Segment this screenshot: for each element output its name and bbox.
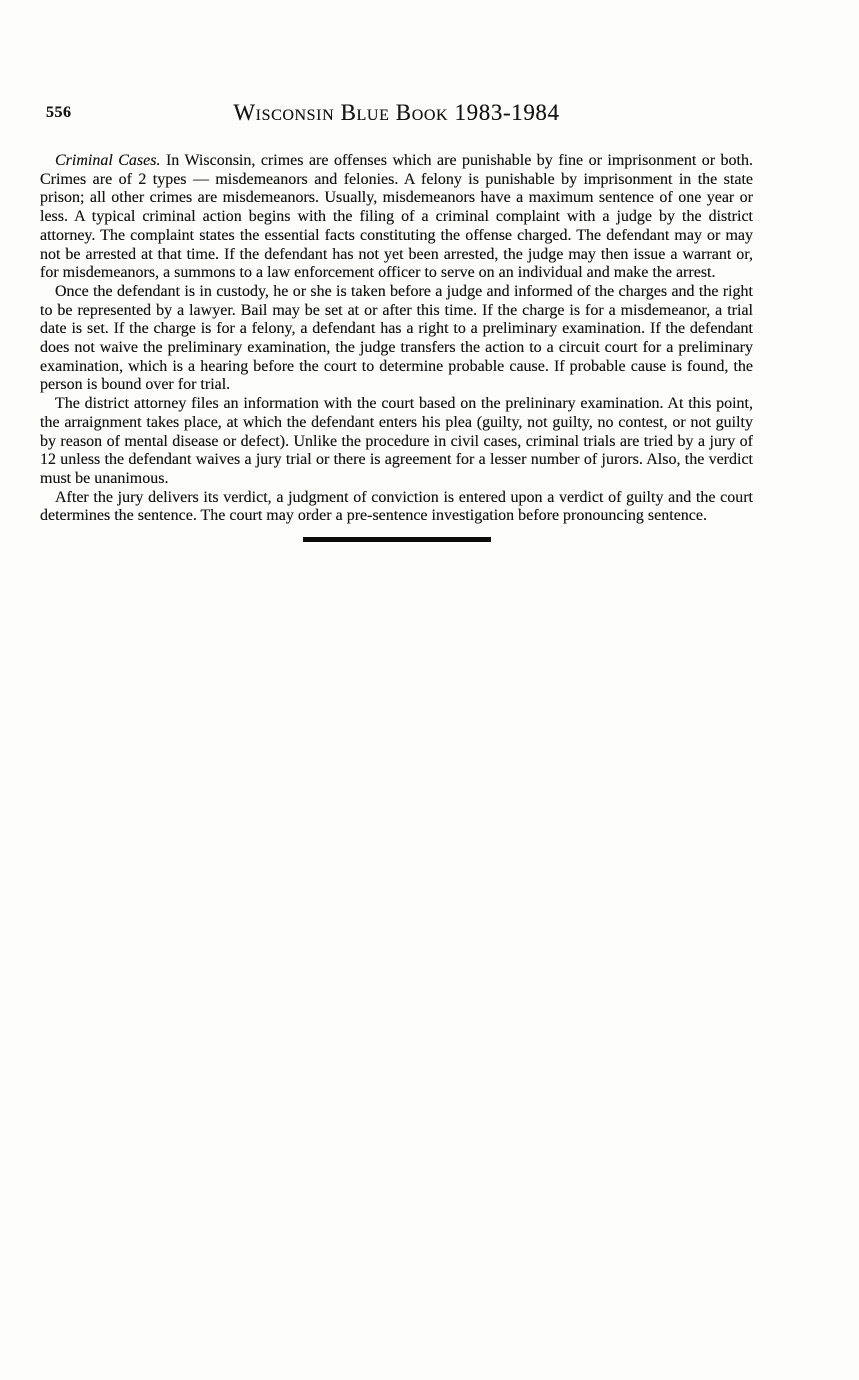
page-header: 556 Wisconsin Blue Book 1983-1984 [40, 100, 753, 130]
paragraph-text: After the jury delivers its verdict, a j… [40, 489, 753, 525]
paragraph: After the jury delivers its verdict, a j… [40, 489, 753, 526]
section-divider-rule [303, 537, 491, 542]
paragraph-text: In Wisconsin, crimes are offenses which … [40, 152, 753, 281]
page-title: Wisconsin Blue Book 1983-1984 [40, 100, 753, 126]
paragraph-text: Once the defendant is in custody, he or … [40, 283, 753, 394]
page-body: Criminal Cases. In Wisconsin, crimes are… [40, 152, 753, 542]
paragraph: The district attorney files an informati… [40, 395, 753, 489]
body-paragraphs: Criminal Cases. In Wisconsin, crimes are… [40, 152, 753, 526]
paragraph-lead-italic: Criminal Cases. [55, 152, 160, 169]
paragraph-text: The district attorney files an informati… [40, 395, 753, 487]
book-page: 556 Wisconsin Blue Book 1983-1984 Crimin… [0, 0, 859, 1380]
paragraph: Once the defendant is in custody, he or … [40, 283, 753, 395]
page-number: 556 [46, 104, 72, 122]
paragraph: Criminal Cases. In Wisconsin, crimes are… [40, 152, 753, 283]
